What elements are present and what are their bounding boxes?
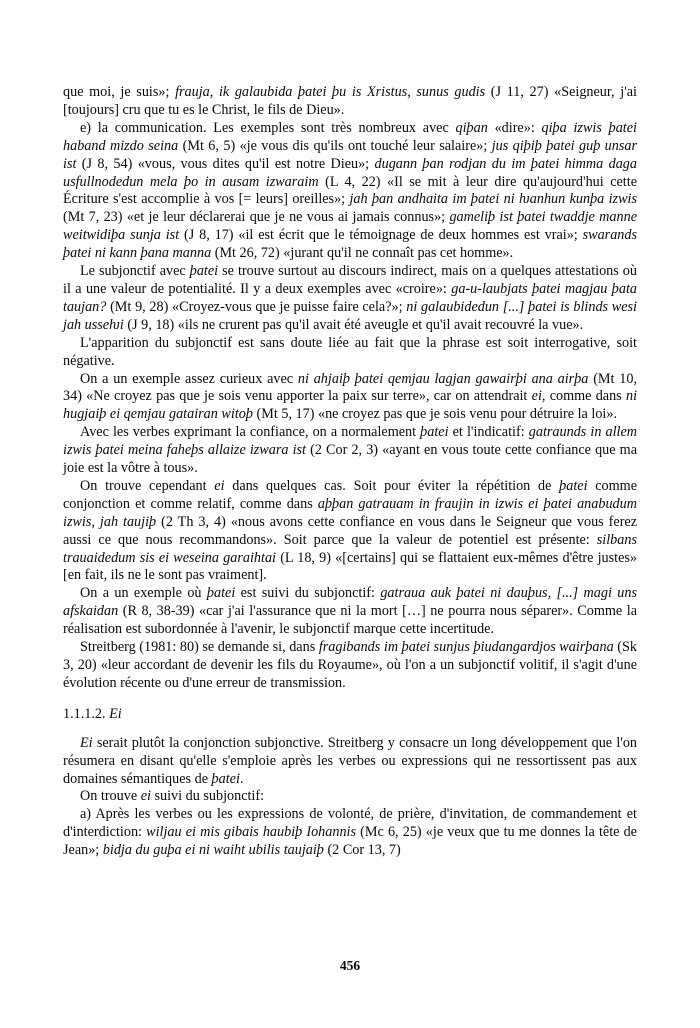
text-run: (J 8, 17) «il est écrit que le témoignag… <box>184 227 583 243</box>
text-run: «dire»: <box>495 120 542 136</box>
text-run: (Mt 9, 28) «Croyez-vous que je puisse fa… <box>110 299 406 315</box>
paragraph-communication: e) la communication. Les exemples sont t… <box>63 120 637 263</box>
gothic-text-run: frauja, ik galaubida þatei þu is Xristus… <box>175 84 491 100</box>
text-run: (Mt 26, 72) «jurant qu'il ne connaît pas… <box>215 245 513 261</box>
text-run: On a un exemple assez curieux avec <box>80 371 298 387</box>
gothic-text-run: ei <box>214 478 232 494</box>
gothic-text-run: fragibands im þatei sunjus þiudangardjos… <box>319 639 617 655</box>
page-body: que moi, je suis»; frauja, ik galaubida … <box>63 84 637 860</box>
paragraph-subjonctif-patei: Le subjonctif avec þatei se trouve surto… <box>63 263 637 335</box>
text-run: On trouve <box>80 788 141 804</box>
text-run: , comme dans <box>542 388 626 404</box>
paragraph-apparition: L'apparition du subjonctif est sans dout… <box>63 335 637 371</box>
paragraph-volonte: a) Après les verbes ou les expressions d… <box>63 806 637 860</box>
text-run: (J 9, 18) «ils ne crurent pas qu'il avai… <box>127 317 583 333</box>
paragraph-confiance: Avec les verbes exprimant la confiance, … <box>63 424 637 478</box>
text-run: que moi, je suis»; <box>63 84 175 100</box>
paragraph-exemple-curieux: On a un exemple assez curieux avec ni ah… <box>63 371 637 425</box>
gothic-text-run: bidja du guþa ei ni waiht ubilis taujaiþ <box>103 842 328 858</box>
text-run: e) la communication. Les exemples sont t… <box>80 120 456 136</box>
gothic-text-run: qiþan <box>456 120 495 136</box>
text-run: suivi du subjonctif: <box>154 788 264 804</box>
page-number-text: 456 <box>340 958 360 973</box>
page-number: 456 <box>0 958 700 974</box>
gothic-text-run: ni ahjaiþ þatei qemjau lagjan gawairþi a… <box>298 371 593 387</box>
text-run: (Mt 5, 17) «ne croyez pas que je sois ve… <box>257 406 618 422</box>
gothic-text-run: Ei <box>80 735 97 751</box>
gothic-text-run: þatei <box>212 771 240 787</box>
gothic-text-run: þatei <box>190 263 222 279</box>
text-run: Avec les verbes exprimant la confiance, … <box>80 424 420 440</box>
gothic-text-run: ei <box>532 388 542 404</box>
gothic-text-run: þatei <box>559 478 595 494</box>
paragraph-on-trouve-ei: On trouve ei suivi du subjonctif: <box>63 788 637 806</box>
text-run: . <box>240 771 244 787</box>
gothic-text-run: þatei <box>207 585 241 601</box>
text-run: est suivi du subjonctif: <box>241 585 381 601</box>
text-run: (J 8, 54) «vous, vous dites qu'il est no… <box>82 156 375 172</box>
gothic-text-run: Ei <box>109 706 122 722</box>
text-run: (Mt 6, 5) «je vous dis qu'ils ont touché… <box>183 138 492 154</box>
text-run: dans quelques cas. Soit pour éviter la r… <box>232 478 559 494</box>
text-run: (Mt 7, 23) «et je leur déclarerai que je… <box>63 209 449 225</box>
text-run: et l'indicatif: <box>453 424 529 440</box>
text-run: Le subjonctif avec <box>80 263 190 279</box>
section-heading: 1.1.1.2. Ei <box>63 706 637 724</box>
gothic-text-run: jah þan andhaita im þatei ni ƕanhun kunþ… <box>349 191 637 207</box>
text-run: serait plutôt la conjonction subjonctive… <box>63 735 637 787</box>
paragraph-ei-conjonction: Ei serait plutôt la conjonction subjonct… <box>63 735 637 789</box>
gothic-text-run: þatei <box>420 424 452 440</box>
gothic-text-run: wiljau ei mis gibais haubiþ Iohannis <box>146 824 360 840</box>
paragraph-ei-quelques-cas: On trouve cependant ei dans quelques cas… <box>63 478 637 585</box>
paragraph-patei-subjonctif: On a un exemple où þatei est suivi du su… <box>63 585 637 639</box>
text-run: (2 Cor 13, 7) <box>327 842 400 858</box>
paragraph-continuation: que moi, je suis»; frauja, ik galaubida … <box>63 84 637 120</box>
gothic-text-run: ei <box>141 788 155 804</box>
book-page: que moi, je suis»; frauja, ik galaubida … <box>0 0 700 1028</box>
text-run: On a un exemple où <box>80 585 207 601</box>
text-run: On trouve cependant <box>80 478 214 494</box>
text-run: L'apparition du subjonctif est sans dout… <box>63 335 637 369</box>
text-run: Streitberg (1981: 80) se demande si, dan… <box>80 639 319 655</box>
paragraph-streitberg: Streitberg (1981: 80) se demande si, dan… <box>63 639 637 693</box>
text-run: (R 8, 38-39) «car j'ai l'assurance que n… <box>63 603 637 637</box>
text-run: 1.1.1.2. <box>63 706 109 722</box>
